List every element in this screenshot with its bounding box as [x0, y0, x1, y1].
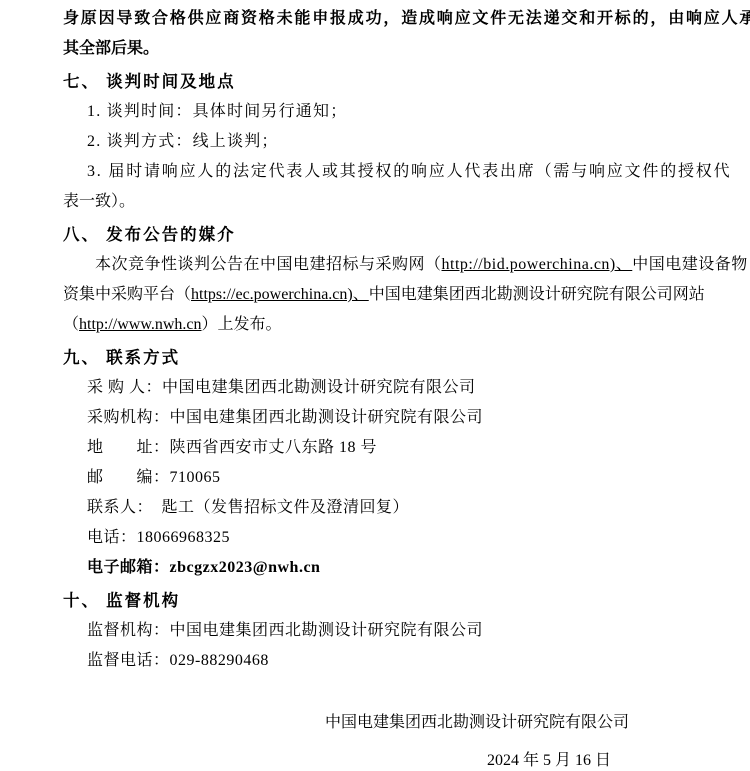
- contact-address: 地 址：陕西省西安市丈八东路 18 号: [63, 433, 726, 463]
- contact-buyer: 采 购 人：中国电建集团西北勘测设计研究院有限公司: [63, 373, 726, 403]
- contact-buyer-label: 采 购 人：: [87, 379, 162, 396]
- link-nwh-url[interactable]: http://www.nwh.cn: [79, 316, 202, 333]
- media-line-1-suffix: 中国电建设备物: [632, 256, 748, 273]
- supervision-org-label: 监督机构：: [87, 622, 170, 639]
- contact-person: 联系人： 匙工（发售招标文件及澄清回复）: [63, 493, 726, 523]
- signature-organization: 中国电建集团西北勘测设计研究院有限公司: [63, 708, 726, 738]
- contact-address-label: 地 址：: [87, 439, 170, 456]
- contact-phone-value: 18066968325: [137, 529, 231, 546]
- contact-agency-value: 中国电建集团西北勘测设计研究院有限公司: [170, 409, 484, 426]
- contact-person-value: 匙工（发售招标文件及澄清回复）: [162, 499, 410, 516]
- media-line-2-text: 资集中采购平台（: [63, 286, 191, 303]
- contact-email-value: zbcgzx2023@nwh.cn: [170, 559, 321, 576]
- media-paragraph-line-3: （http://www.nwh.cn）上发布。: [63, 310, 726, 340]
- contact-agency: 采购机构：中国电建集团西北勘测设计研究院有限公司: [63, 403, 726, 433]
- supervision-org: 监督机构：中国电建集团西北勘测设计研究院有限公司: [63, 616, 726, 646]
- link-bid-powerchina-url[interactable]: http://bid.powerchina.cn)、: [442, 256, 633, 273]
- supervision-org-value: 中国电建集团西北勘测设计研究院有限公司: [170, 622, 484, 639]
- section-7-heading: 七、 谈判时间及地点: [63, 67, 726, 97]
- contact-phone-label: 电话：: [87, 529, 137, 546]
- media-paragraph-line-2: 资集中采购平台（https://ec.powerchina.cn)、中国电建集团…: [63, 280, 726, 310]
- supervision-phone: 监督电话：029-88290468: [63, 646, 726, 676]
- item-negotiation-time: 1. 谈判时间：具体时间另行通知；: [63, 97, 726, 127]
- contact-email-label: 电子邮箱：: [87, 559, 170, 576]
- contact-email: 电子邮箱：zbcgzx2023@nwh.cn: [63, 553, 726, 583]
- supervision-phone-value: 029-88290468: [170, 652, 269, 669]
- contact-agency-label: 采购机构：: [87, 409, 170, 426]
- item-attendance-line-1: 3. 届时请响应人的法定代表人或其授权的响应人代表出席（需与响应文件的授权代: [63, 157, 726, 187]
- contact-postcode-label: 邮 编：: [87, 469, 170, 486]
- media-line-3-text: （: [63, 316, 79, 333]
- contact-address-value: 陕西省西安市丈八东路 18 号: [170, 439, 378, 456]
- contact-phone: 电话：18066968325: [63, 523, 726, 553]
- intro-line-1: 身原因导致合格供应商资格未能申报成功，造成响应文件无法递交和开标的，由响应人承担: [63, 4, 726, 34]
- item-attendance-line-2: 表一致）。: [63, 187, 726, 217]
- section-10-heading: 十、 监督机构: [63, 586, 726, 616]
- supervision-phone-label: 监督电话：: [87, 652, 170, 669]
- contact-person-label: 联系人：: [87, 499, 162, 516]
- media-line-1-text: 本次竞争性谈判公告在中国电建招标与采购网（: [95, 256, 442, 273]
- media-line-3-suffix: ）上发布。: [202, 316, 282, 333]
- intro-line-2: 其全部后果。: [63, 34, 726, 64]
- contact-postcode: 邮 编：710065: [63, 463, 726, 493]
- section-8-heading: 八、 发布公告的媒介: [63, 220, 726, 250]
- contact-buyer-value: 中国电建集团西北勘测设计研究院有限公司: [162, 379, 476, 396]
- media-paragraph-line-1: 本次竞争性谈判公告在中国电建招标与采购网（http://bid.powerchi…: [63, 250, 726, 280]
- media-line-2-suffix: 中国电建集团西北勘测设计研究院有限公司网站: [369, 286, 705, 303]
- section-9-heading: 九、 联系方式: [63, 343, 726, 373]
- signature-date: 2024 年 5 月 16 日: [63, 746, 726, 771]
- document-page: 身原因导致合格供应商资格未能申报成功，造成响应文件无法递交和开标的，由响应人承担…: [0, 0, 750, 771]
- contact-postcode-value: 710065: [170, 469, 221, 486]
- item-negotiation-method: 2. 谈判方式：线上谈判；: [63, 127, 726, 157]
- link-ec-powerchina-url[interactable]: https://ec.powerchina.cn)、: [191, 286, 369, 303]
